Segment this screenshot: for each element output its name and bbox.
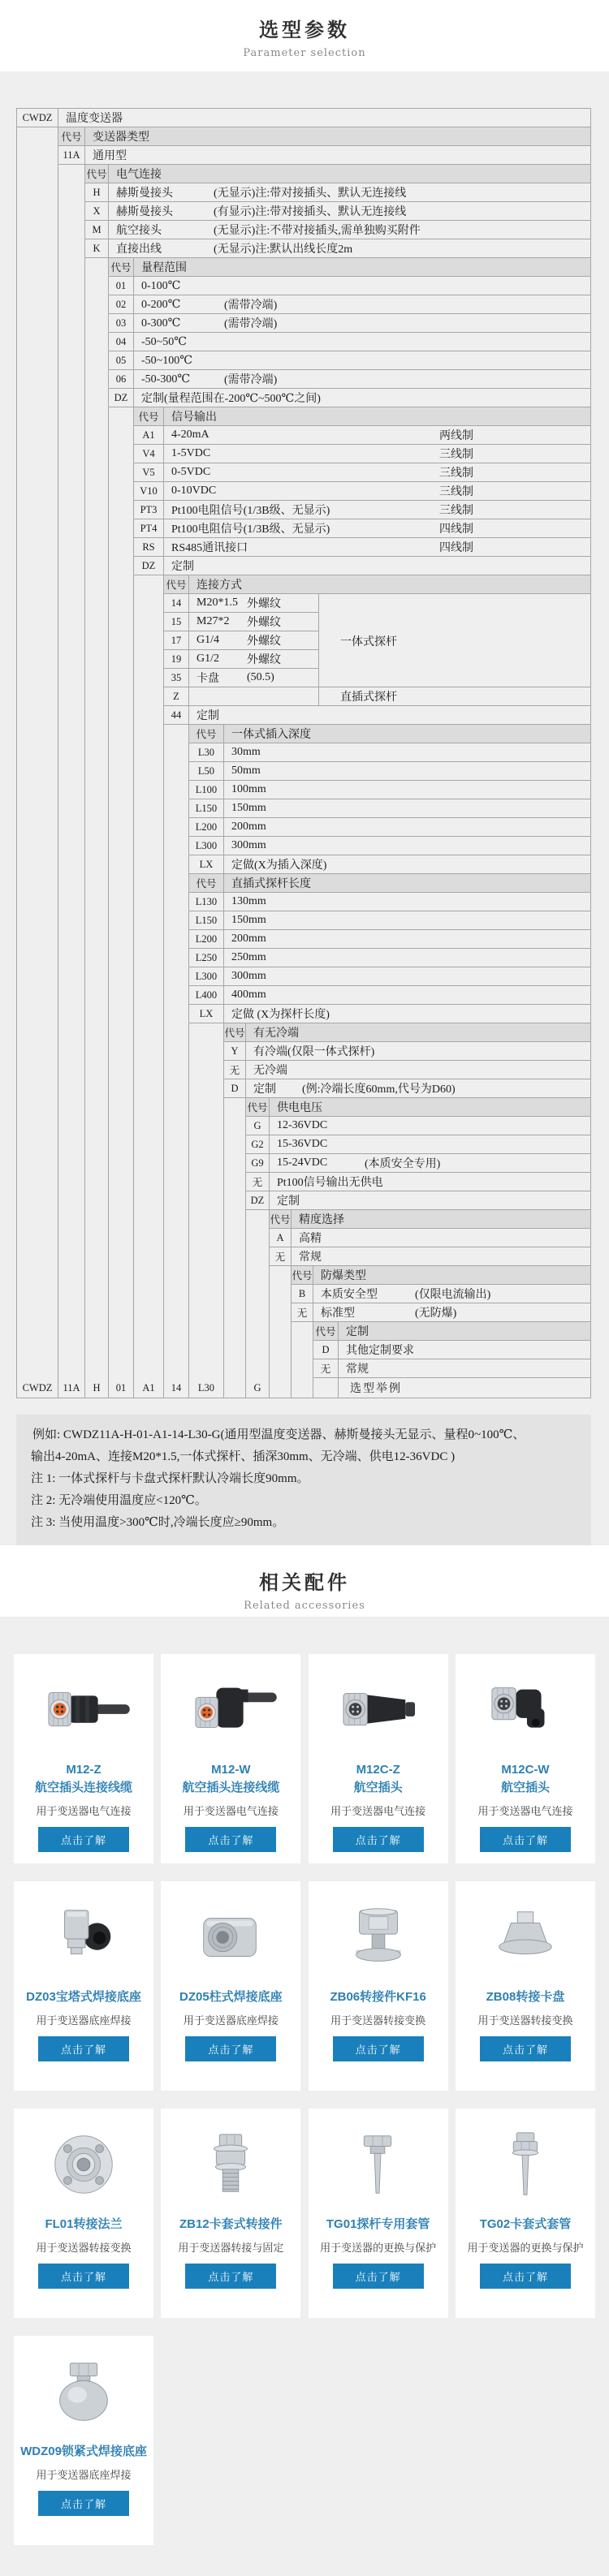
indent-guide [189,1247,224,1266]
code-cell: 代号 [189,725,224,743]
indent-guide [16,1023,58,1042]
accessory-title: ZB08转接卡盘 [486,1988,565,2006]
option-row: L5050mm [16,762,590,781]
indent-guide [85,277,109,295]
option-header-row: 代号信号输出 [16,407,590,426]
example-row: CWDZ11AH01A114L30G选型举例 [16,1378,590,1398]
indent-guide [85,781,109,799]
model-selection-table: CWDZ温度变送器代号变送器类型11A通用型代号电气连接H赫斯曼接头(无显示)注… [16,108,591,1398]
desc-cell: 无冷端 [246,1061,590,1079]
option-row: 35卡盘(50.5) [16,669,590,687]
indent-guide [224,1229,246,1247]
indent-guide [134,874,164,893]
m12-plug-straight-image [330,1665,426,1756]
indent-guide [134,1322,164,1341]
indent-guide [85,1322,109,1341]
option-header-row: 代号直插式探杆长度 [16,874,590,893]
indent-guide [85,1098,109,1117]
code-cell: 代号 [109,258,134,277]
indent-guide [224,1173,246,1191]
indent-guide [58,818,85,837]
indent-guide [16,501,58,519]
indent-guide [58,1023,85,1042]
indent-guide [58,445,85,463]
desc-cell: 直插式探杆长度 [224,874,590,893]
learn-more-button[interactable]: 点击了解 [38,1827,129,1852]
indent-guide [164,799,189,818]
option-row: L150150mm [16,911,590,930]
indent-guide [85,874,109,893]
desc-cell: 常规 [339,1359,590,1378]
option-row: DZ定制 [16,1191,590,1210]
indent-guide [109,1117,134,1135]
example-label: 选型举例 [339,1378,590,1398]
indent-guide [109,1023,134,1042]
desc-cell: 150mm [224,911,590,930]
desc-cell: 变送器类型 [85,127,590,146]
indent-guide [164,874,189,893]
desc-cell: 12-36VDC [270,1117,590,1135]
learn-more-button[interactable]: 点击了解 [185,2036,276,2061]
indent-guide [16,258,58,277]
indent-guide [189,1322,224,1341]
indent-guide [85,986,109,1005]
indent-guide [189,1154,224,1173]
indent-guide [189,1061,224,1079]
indent-guide [58,1154,85,1173]
accessory-title: M12-Z航空插头连接线缆 [35,1761,132,1797]
indent-guide [85,687,109,706]
code-cell: L300 [189,837,224,855]
accessories-header: 相关配件 Related accessories [0,1545,609,1617]
indent-guide [224,1247,246,1266]
code-cell: LX [189,1005,224,1023]
note-line: 例如: CWDZ11A-H-01-A1-14-L30-G(通用型温度变送器、赫斯… [31,1424,577,1446]
indent-guide [164,1005,189,1023]
indent-guide [58,314,85,333]
indent-guide [85,1042,109,1061]
thread-cell: M20*1.5外螺纹 [189,594,319,613]
option-row: 无标准型(无防爆) [16,1303,590,1322]
indent-guide [85,1117,109,1135]
option-row: L3030mm [16,743,590,762]
option-row: LX定做 (X为探杆长度) [16,1005,590,1023]
indent-guide [85,930,109,949]
indent-guide [85,575,109,594]
code-cell: M [85,221,109,239]
indent-guide [134,575,164,594]
indent-guide [134,1173,164,1191]
option-row: K直接出线(无显示)注:默认出线长度2m [16,239,590,258]
indent-guide [85,1341,109,1359]
code-cell: 04 [109,333,134,351]
indent-guide [224,1359,246,1378]
code-cell: 代号 [164,575,189,594]
indent-guide [58,1079,85,1098]
accessory-desc: 用于变送器的更换与保护 [320,2239,436,2255]
indent-guide [85,557,109,575]
accessory-desc: 用于变送器电气连接 [184,1803,279,1818]
indent-guide [85,1210,109,1229]
indent-guide [85,389,109,407]
indent-guide [109,482,134,501]
indent-guide [16,519,58,538]
indent-guide [16,1061,58,1079]
accessory-card: M12C-W航空插头用于变送器电气连接点击了解 [456,1654,595,1863]
accessory-card: DZ03宝塔式焊接底座用于变送器底座焊接点击了解 [14,1881,153,2091]
desc-cell: 精度选择 [292,1210,590,1229]
indent-guide [270,1303,292,1322]
indent-guide [164,781,189,799]
option-row: DZ定制 [16,557,590,575]
indent-guide [16,333,58,351]
desc-cell: 电气连接 [109,165,590,183]
indent-guide [16,1098,58,1117]
indent-guide [109,1098,134,1117]
indent-guide [134,1229,164,1247]
desc-cell: 50mm [224,762,590,781]
code-cell: CWDZ [16,109,58,127]
indent-guide [58,277,85,295]
indent-guide [134,1079,164,1098]
option-row: 11A通用型 [16,146,590,165]
indent-guide [16,967,58,986]
indent-guide [189,1079,224,1098]
desc-cell: 赫斯曼接头(有显示)注:带对接插头、默认无连接线 [109,202,590,221]
indent-guide [164,911,189,930]
base-elbow-image [36,1893,132,1984]
note-line: 注 3: 当使用温度>300℃时,冷端长度应≥90mm。 [31,1512,577,1534]
option-header-row: 代号防爆类型 [16,1266,590,1285]
indent-guide [109,426,134,445]
option-row: PT3Pt100电阻信号(1/3B级、无显示)三线制 [16,501,590,519]
indent-guide [16,389,58,407]
indent-guide [109,687,134,706]
indent-guide [224,1154,246,1173]
learn-more-button[interactable]: 点击了解 [480,2264,571,2289]
code-cell: L200 [189,930,224,949]
example-code-cell [270,1378,292,1398]
indent-guide [189,1210,224,1229]
code-cell: V10 [134,482,164,501]
indent-guide [109,1135,134,1154]
option-row: A14-20mA两线制 [16,426,590,445]
accessory-desc: 用于变送器转接变换 [330,2012,425,2027]
accessory-title: DZ05柱式焊接底座 [179,1988,283,2006]
desc-cell: 定做 (X为探杆长度) [224,1005,590,1023]
indent-guide [109,706,134,725]
learn-more-button[interactable]: 点击了解 [38,2036,129,2061]
indent-guide [109,1322,134,1341]
indent-guide [16,1229,58,1247]
indent-guide [134,1210,164,1229]
learn-more-button[interactable]: 点击了解 [480,2036,571,2061]
indent-guide [134,818,164,837]
param-title: 选型参数 [0,14,609,42]
code-cell: 05 [109,351,134,370]
indent-guide [109,762,134,781]
option-row: 030-300℃(需带冷端) [16,314,590,333]
code-cell: D [224,1079,246,1098]
desc-cell: 300mm [224,967,590,986]
example-code-cell: CWDZ [16,1378,58,1398]
indent-guide [164,949,189,967]
code-cell: L400 [189,986,224,1005]
option-row: 17G1/4外螺纹一体式探杆 [16,631,590,650]
indent-guide [16,687,58,706]
indent-guide [85,650,109,669]
indent-guide [16,575,58,594]
accessory-title: M12-W航空插头连接线缆 [182,1761,279,1797]
indent-guide [270,1322,292,1341]
accessory-title: FL01转接法兰 [45,2216,122,2234]
option-row: M航空接头(无显示)注:不带对接插头,需单独购买附件 [16,221,590,239]
indent-guide [16,594,58,613]
code-cell: L150 [189,911,224,930]
indent-guide [58,837,85,855]
indent-guide [85,538,109,557]
option-row: 无Pt100信号输出无供电 [16,1173,590,1191]
accessory-desc: 用于变送器电气连接 [36,1803,131,1818]
indent-guide [292,1359,313,1378]
learn-more-button[interactable]: 点击了解 [38,2491,129,2516]
indent-guide [58,1303,85,1322]
code-cell: 35 [164,669,189,687]
indent-guide [85,1191,109,1210]
learn-more-button[interactable]: 点击了解 [185,1827,276,1852]
desc-cell: 0-5VDC三线制 [164,463,590,482]
base-nut-image [183,1893,279,1984]
indent-guide [246,1322,270,1341]
indent-guide [224,1322,246,1341]
indent-guide [164,1154,189,1173]
indent-guide [134,613,164,631]
example-code-cell: L30 [189,1378,224,1398]
indent-guide [270,1266,292,1285]
probe-type-cell: 直插式探杆 [319,687,590,706]
indent-guide [58,1061,85,1079]
indent-guide [16,762,58,781]
code-cell: 无 [313,1359,339,1378]
accessory-card: ZB06转接件KF16用于变送器转接变换点击了解 [309,1881,448,2091]
option-row: 无常规 [16,1359,590,1378]
code-cell: 代号 [134,407,164,426]
code-cell: LX [189,855,224,874]
indent-guide [58,202,85,221]
indent-guide [164,967,189,986]
indent-guide [16,706,58,725]
code-cell: 15 [164,613,189,631]
m12-plug-angled-image [477,1665,573,1756]
indent-guide [16,949,58,967]
indent-guide [16,893,58,911]
indent-guide [270,1359,292,1378]
indent-guide [16,613,58,631]
indent-guide [109,725,134,743]
indent-guide [109,669,134,687]
option-row: 05-50~100℃ [16,351,590,370]
example-code-cell: G [246,1378,270,1398]
indent-guide [224,1210,246,1229]
param-section-header: 选型参数 Parameter selection [0,0,609,71]
indent-guide [85,762,109,781]
indent-guide [134,1154,164,1173]
desc-cell: 150mm [224,799,590,818]
desc-cell: Pt100信号输出无供电 [270,1173,590,1191]
learn-more-button[interactable]: 点击了解 [333,2264,424,2289]
desc-cell: 0-300℃(需带冷端) [134,314,590,333]
indent-guide [85,855,109,874]
indent-guide [164,855,189,874]
indent-guide [58,1266,85,1285]
indent-guide [164,762,189,781]
learn-more-button[interactable]: 点击了解 [38,2264,129,2289]
indent-guide [109,650,134,669]
indent-guide [85,501,109,519]
indent-guide [189,1042,224,1061]
indent-guide [16,1154,58,1173]
indent-guide [164,986,189,1005]
desc-cell: 温度变送器 [58,109,590,127]
indent-guide [58,463,85,482]
accessory-card: DZ05柱式焊接底座用于变送器底座焊接点击了解 [161,1881,300,2091]
indent-guide [109,837,134,855]
indent-guide [164,1247,189,1266]
selection-notes: 例如: CWDZ11A-H-01-A1-14-L30-G(通用型温度变送器、赫斯… [16,1415,591,1545]
indent-guide [16,1117,58,1135]
indent-guide [85,519,109,538]
indent-guide [58,1285,85,1303]
learn-more-button[interactable]: 点击了解 [185,2264,276,2289]
desc-cell: 200mm [224,930,590,949]
indent-guide [85,706,109,725]
option-row: A高精 [16,1229,590,1247]
indent-guide [58,725,85,743]
indent-guide [58,687,85,706]
accessory-card: M12-W航空插头连接线缆用于变送器电气连接点击了解 [161,1654,300,1863]
code-cell: DZ [246,1191,270,1210]
indent-guide [16,1079,58,1098]
option-row: Y有冷端(仅限一体式探杆) [16,1042,590,1061]
desc-cell: -50~50℃ [134,333,590,351]
indent-guide [246,1266,270,1285]
indent-guide [85,967,109,986]
accessory-desc: 用于变送器转接与固定 [178,2239,283,2255]
desc-cell: 30mm [224,743,590,762]
indent-guide [85,314,109,333]
indent-guide [58,949,85,967]
indent-guide [164,818,189,837]
code-cell: L50 [189,762,224,781]
desc-cell: 定制 [339,1322,590,1341]
indent-guide [134,1247,164,1266]
accessory-desc: 用于变送器的更换与保护 [467,2239,583,2255]
desc-cell: 通用型 [85,146,590,165]
desc-cell: 400mm [224,986,590,1005]
indent-guide [109,613,134,631]
indent-guide [134,669,164,687]
option-row: L250250mm [16,949,590,967]
indent-guide [58,370,85,389]
indent-guide [109,519,134,538]
indent-guide [164,725,189,743]
code-cell: DZ [134,557,164,575]
indent-guide [16,799,58,818]
indent-guide [16,781,58,799]
indent-guide [109,1042,134,1061]
indent-guide [85,482,109,501]
indent-guide [58,482,85,501]
adapter-kf16-image [330,1893,426,1984]
desc-cell: 定制(量程范围在-200℃~500℃之间) [134,389,590,407]
indent-guide [109,445,134,463]
indent-guide [85,1061,109,1079]
option-row: LX定做(X为插入深度) [16,855,590,874]
indent-guide [109,1005,134,1023]
indent-guide [16,370,58,389]
indent-guide [16,874,58,893]
learn-more-button[interactable]: 点击了解 [333,2036,424,2061]
code-cell: X [85,202,109,221]
indent-guide [189,1359,224,1378]
thread-cell [189,687,319,706]
learn-more-button[interactable]: 点击了解 [480,1827,571,1852]
accessory-desc: 用于变送器电气连接 [477,1803,572,1818]
indent-guide [58,165,85,183]
desc-cell: 定制(例:冷端长度60mm,代号为D60) [246,1079,590,1098]
code-cell: 无 [270,1247,292,1266]
desc-cell: Pt100电阻信号(1/3B级、无显示)四线制 [164,519,590,538]
accessories-title: 相关配件 [0,1566,609,1595]
indent-guide [189,1191,224,1210]
base-lock-image [36,2347,132,2438]
indent-guide [134,650,164,669]
code-cell: L130 [189,893,224,911]
indent-guide [16,1210,58,1229]
option-row: L400400mm [16,986,590,1005]
indent-guide [134,855,164,874]
option-row: 010-100℃ [16,277,590,295]
desc-cell: 100mm [224,781,590,799]
indent-guide [85,333,109,351]
indent-guide [85,1247,109,1266]
indent-guide [134,1359,164,1378]
indent-guide [85,799,109,818]
indent-guide [85,1023,109,1042]
indent-guide [164,1042,189,1061]
indent-guide [109,1191,134,1210]
indent-guide [224,1341,246,1359]
indent-guide [58,501,85,519]
learn-more-button[interactable]: 点击了解 [333,1827,424,1852]
accessory-card: TG02卡套式套管用于变送器的更换与保护点击了解 [456,2109,595,2318]
indent-guide [58,1210,85,1229]
indent-guide [16,1247,58,1266]
indent-guide [85,631,109,650]
code-cell: G9 [246,1154,270,1173]
indent-guide [58,893,85,911]
indent-guide [58,538,85,557]
option-row: L300300mm [16,837,590,855]
indent-guide [85,1005,109,1023]
indent-guide [109,501,134,519]
indent-guide [58,1098,85,1117]
code-cell: L150 [189,799,224,818]
indent-guide [85,1303,109,1322]
ferrule-fitting-image [183,2120,279,2211]
desc-cell: 供电电压 [270,1098,590,1117]
indent-guide [16,426,58,445]
